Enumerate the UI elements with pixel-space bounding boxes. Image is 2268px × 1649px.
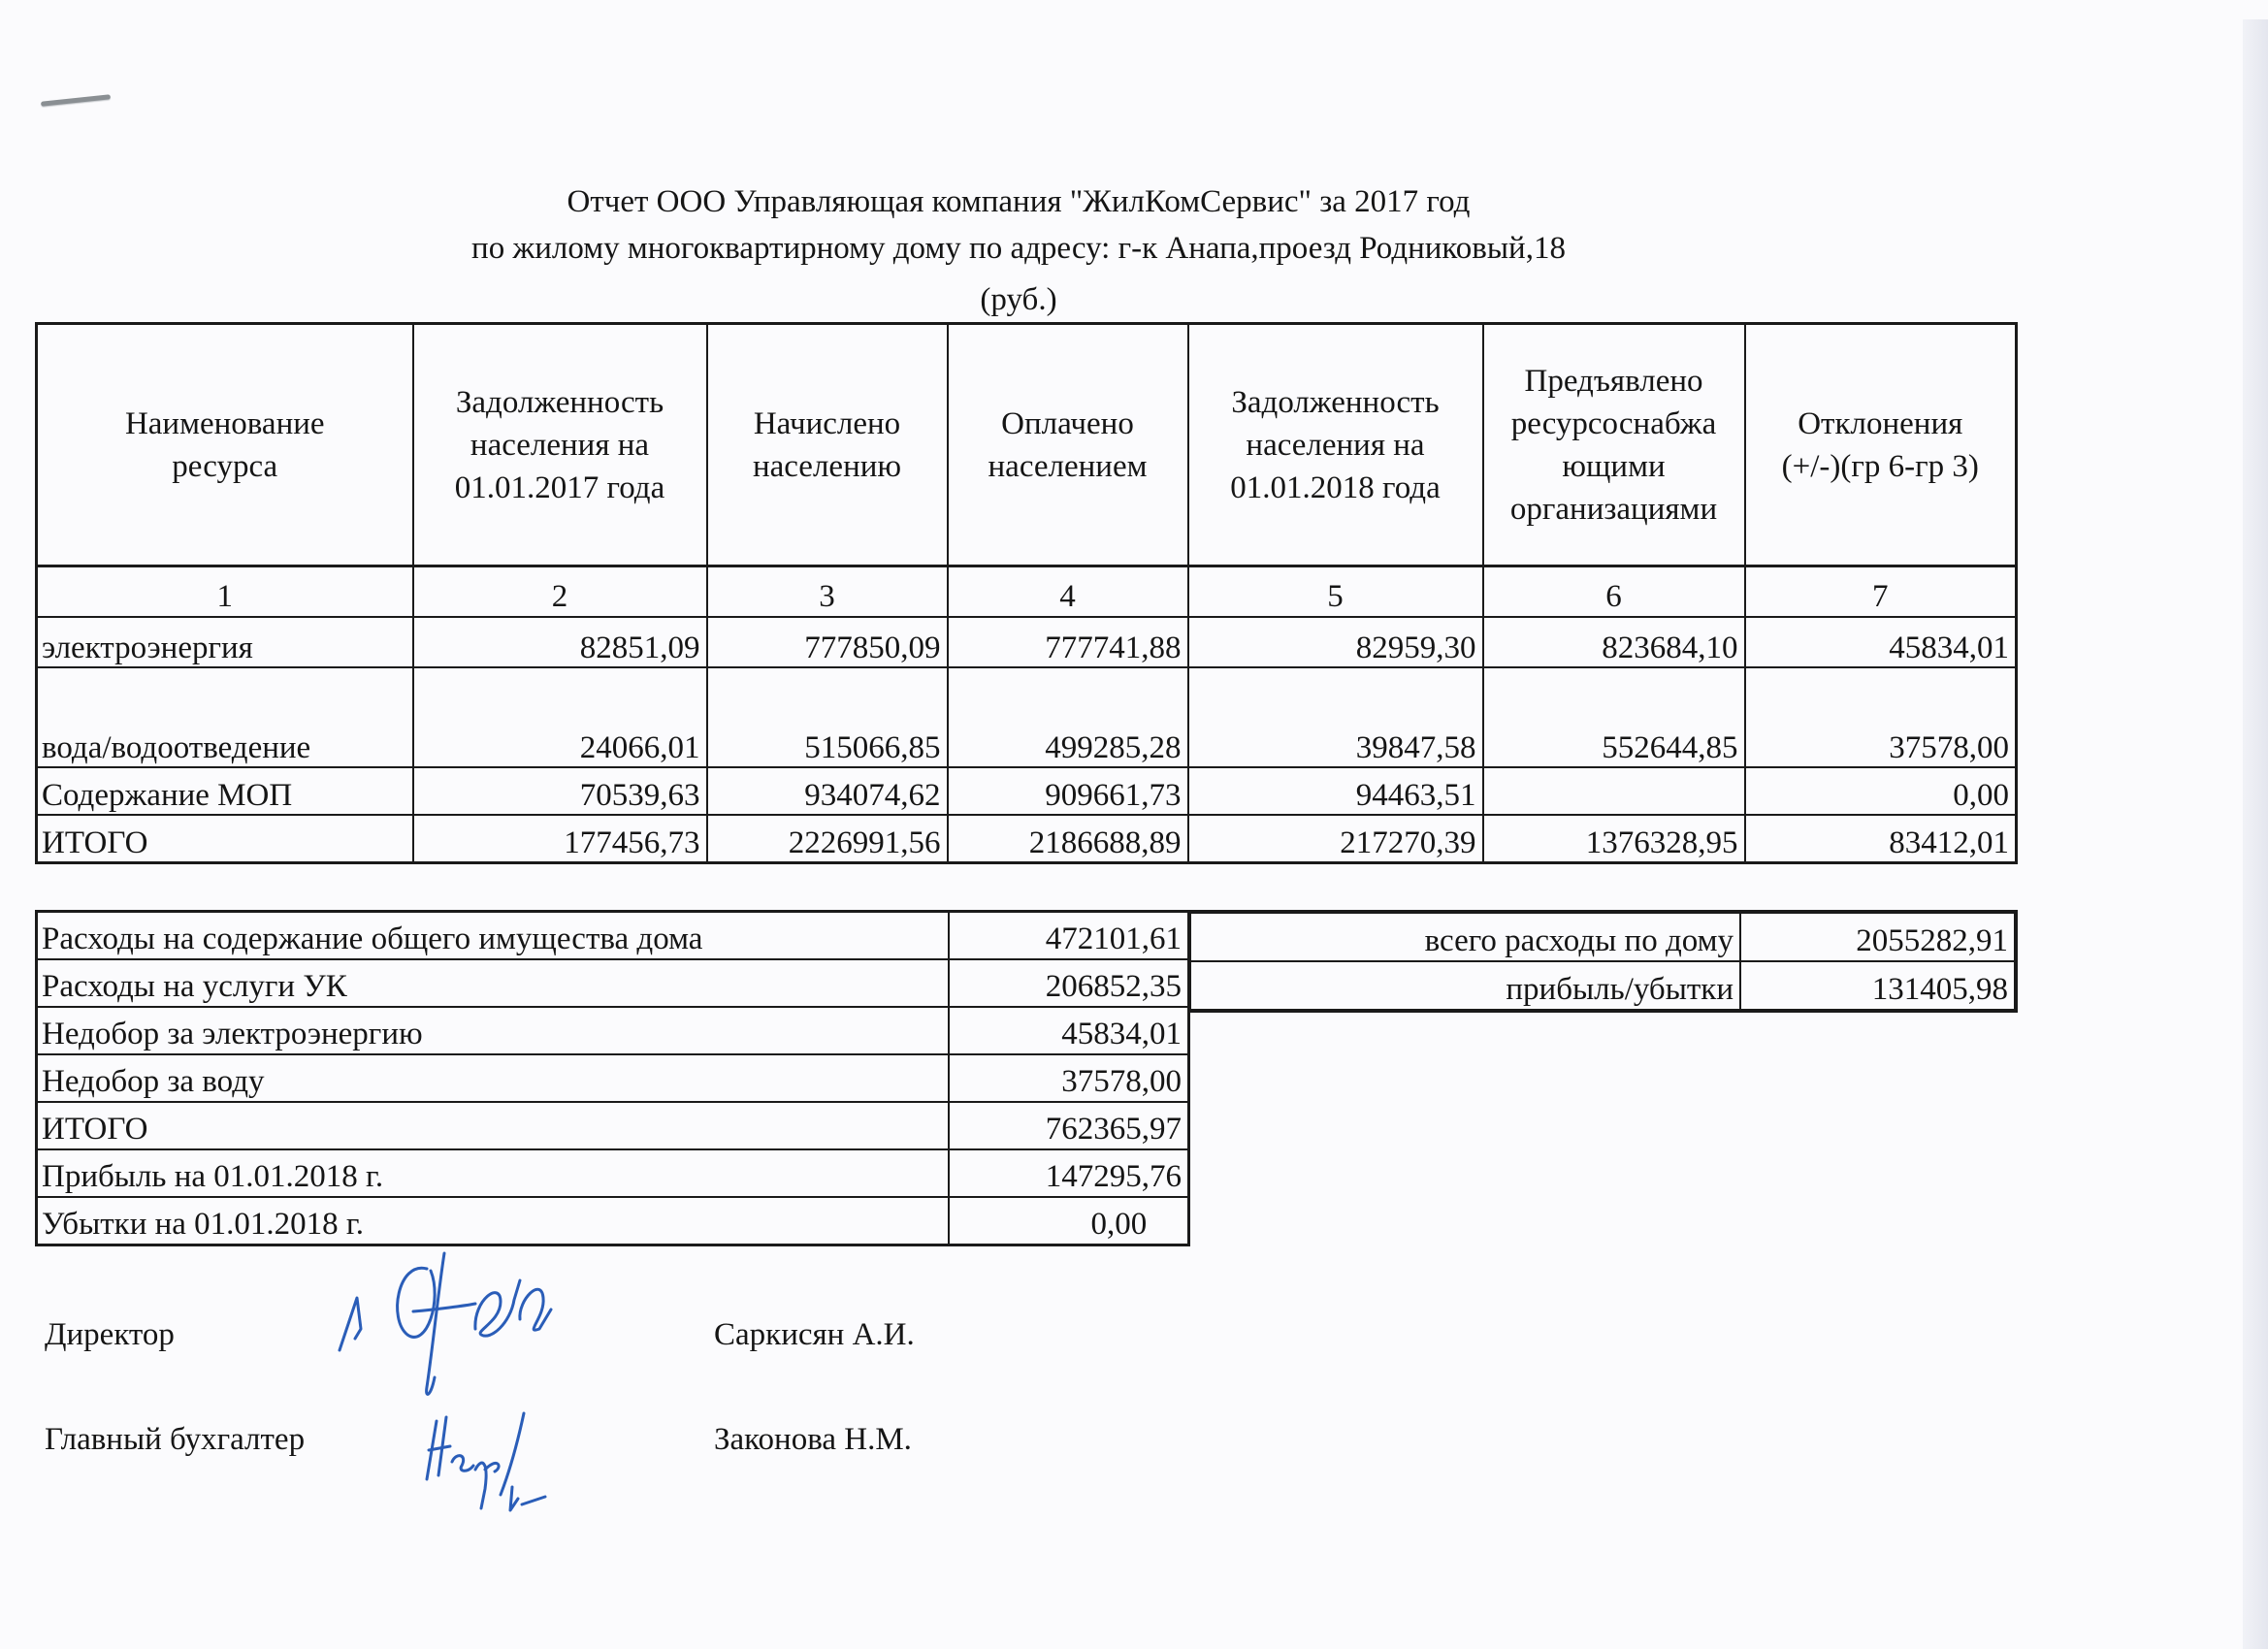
column-number: 7 — [1745, 566, 2017, 618]
cell-value: 0,00 — [1745, 767, 2017, 815]
cell-value: 909661,73 — [948, 767, 1188, 815]
cell-value: 777850,09 — [707, 617, 948, 667]
cell-value: 82851,09 — [413, 617, 707, 667]
staple-mark — [41, 94, 111, 106]
expense-label: Прибыль на 01.01.2018 г. — [37, 1149, 949, 1197]
director-label: Директор — [45, 1317, 175, 1353]
report-title: Отчет ООО Управляющая компания "ЖилКомСе… — [0, 182, 2037, 221]
cell-value — [1483, 767, 1745, 815]
report-subtitle-address: по жилому многоквартирному дому по адрес… — [0, 229, 2037, 268]
header-cell: Начисленонаселению — [707, 324, 948, 566]
column-number-row: 1 2 3 4 5 6 7 — [37, 566, 2017, 618]
expense-row: Недобор за воду 37578,00 — [37, 1054, 1189, 1102]
cell-value: 515066,85 — [707, 667, 948, 767]
cell-value: 24066,01 — [413, 667, 707, 767]
loss-row: Убытки на 01.01.2018 г. 0,00 — [37, 1197, 1189, 1245]
cell-value: 2226991,56 — [707, 815, 948, 863]
expense-label: Недобор за воду — [37, 1054, 949, 1102]
expense-label: Расходы на содержание общего имущества д… — [37, 912, 949, 960]
column-number: 6 — [1483, 566, 1745, 618]
header-cell: Предъявленоресурсоснабжающимиорганизация… — [1483, 324, 1745, 566]
cell-value: 177456,73 — [413, 815, 707, 863]
resource-name: вода/водоотведение — [37, 667, 413, 767]
expense-value: 762365,97 — [949, 1102, 1189, 1149]
profit-row: Прибыль на 01.01.2018 г. 147295,76 — [37, 1149, 1189, 1197]
resources-table: Наименованиересурса Задолженностьнаселен… — [35, 322, 2018, 864]
accountant-name: Законова Н.М. — [714, 1422, 912, 1458]
page-edge — [2243, 19, 2268, 1649]
expense-value: 45834,01 — [949, 1007, 1189, 1054]
header-cell: Оплаченонаселением — [948, 324, 1188, 566]
expense-label: ИТОГО — [37, 1102, 949, 1149]
table-header-row: Наименованиересурса Задолженностьнаселен… — [37, 324, 2017, 566]
summary-value: 131405,98 — [1740, 961, 2016, 1011]
column-number: 5 — [1188, 566, 1483, 618]
expense-total-row: ИТОГО 762365,97 — [37, 1102, 1189, 1149]
summary-label: прибыль/убытки — [1189, 961, 1740, 1011]
expense-row: Расходы на содержание общего имущества д… — [37, 912, 1189, 960]
cell-value: 217270,39 — [1188, 815, 1483, 863]
cell-value: 934074,62 — [707, 767, 948, 815]
table-total-row: ИТОГО 177456,73 2226991,56 2186688,89 21… — [37, 815, 2017, 863]
director-name: Саркисян А.И. — [714, 1317, 915, 1353]
cell-value: 499285,28 — [948, 667, 1188, 767]
expense-value: 472101,61 — [949, 912, 1189, 960]
column-number: 1 — [37, 566, 413, 618]
cell-value: 552644,85 — [1483, 667, 1745, 767]
header-cell: Задолженностьнаселения на01.01.2018 года — [1188, 324, 1483, 566]
cell-value: 2186688,89 — [948, 815, 1188, 863]
table-row: Содержание МОП 70539,63 934074,62 909661… — [37, 767, 2017, 815]
cell-value: 823684,10 — [1483, 617, 1745, 667]
expense-value: 206852,35 — [949, 959, 1189, 1007]
expenses-table: Расходы на содержание общего имущества д… — [35, 910, 1190, 1246]
cell-value: 94463,51 — [1188, 767, 1483, 815]
column-number: 4 — [948, 566, 1188, 618]
resource-name: электроэнергия — [37, 617, 413, 667]
accountant-signature-icon — [417, 1402, 582, 1518]
cell-value: 45834,01 — [1745, 617, 2017, 667]
director-signature-icon — [330, 1242, 601, 1406]
summary-value: 2055282,91 — [1740, 912, 2016, 961]
summary-label: всего расходы по дому — [1189, 912, 1740, 961]
header-cell: Наименованиересурса — [37, 324, 413, 566]
expense-label: Недобор за электроэнергию — [37, 1007, 949, 1054]
cell-value: 1376328,95 — [1483, 815, 1745, 863]
expense-label: Расходы на услуги УК — [37, 959, 949, 1007]
summary-row: всего расходы по дому 2055282,91 — [1189, 912, 2016, 961]
accountant-label: Главный бухгалтер — [45, 1422, 305, 1458]
cell-value: 37578,00 — [1745, 667, 2017, 767]
expense-value: 0,00 — [949, 1197, 1189, 1245]
header-cell: Задолженностьнаселения на01.01.2017 года — [413, 324, 707, 566]
cell-value: 39847,58 — [1188, 667, 1483, 767]
cell-value: 70539,63 — [413, 767, 707, 815]
resource-name: Содержание МОП — [37, 767, 413, 815]
expense-row: Расходы на услуги УК 206852,35 — [37, 959, 1189, 1007]
column-number: 3 — [707, 566, 948, 618]
resource-name: ИТОГО — [37, 815, 413, 863]
summary-row: прибыль/убытки 131405,98 — [1189, 961, 2016, 1011]
expense-value: 147295,76 — [949, 1149, 1189, 1197]
summary-table: всего расходы по дому 2055282,91 прибыль… — [1187, 910, 2018, 1013]
table-row: вода/водоотведение 24066,01 515066,85 49… — [37, 667, 2017, 767]
expense-label: Убытки на 01.01.2018 г. — [37, 1197, 949, 1245]
currency-note: (руб.) — [0, 280, 2037, 319]
expense-value: 37578,00 — [949, 1054, 1189, 1102]
table-row: электроэнергия 82851,09 777850,09 777741… — [37, 617, 2017, 667]
header-cell: Отклонения(+/-)(гр 6-гр 3) — [1745, 324, 2017, 566]
cell-value: 777741,88 — [948, 617, 1188, 667]
expense-row: Недобор за электроэнергию 45834,01 — [37, 1007, 1189, 1054]
column-number: 2 — [413, 566, 707, 618]
cell-value: 83412,01 — [1745, 815, 2017, 863]
cell-value: 82959,30 — [1188, 617, 1483, 667]
